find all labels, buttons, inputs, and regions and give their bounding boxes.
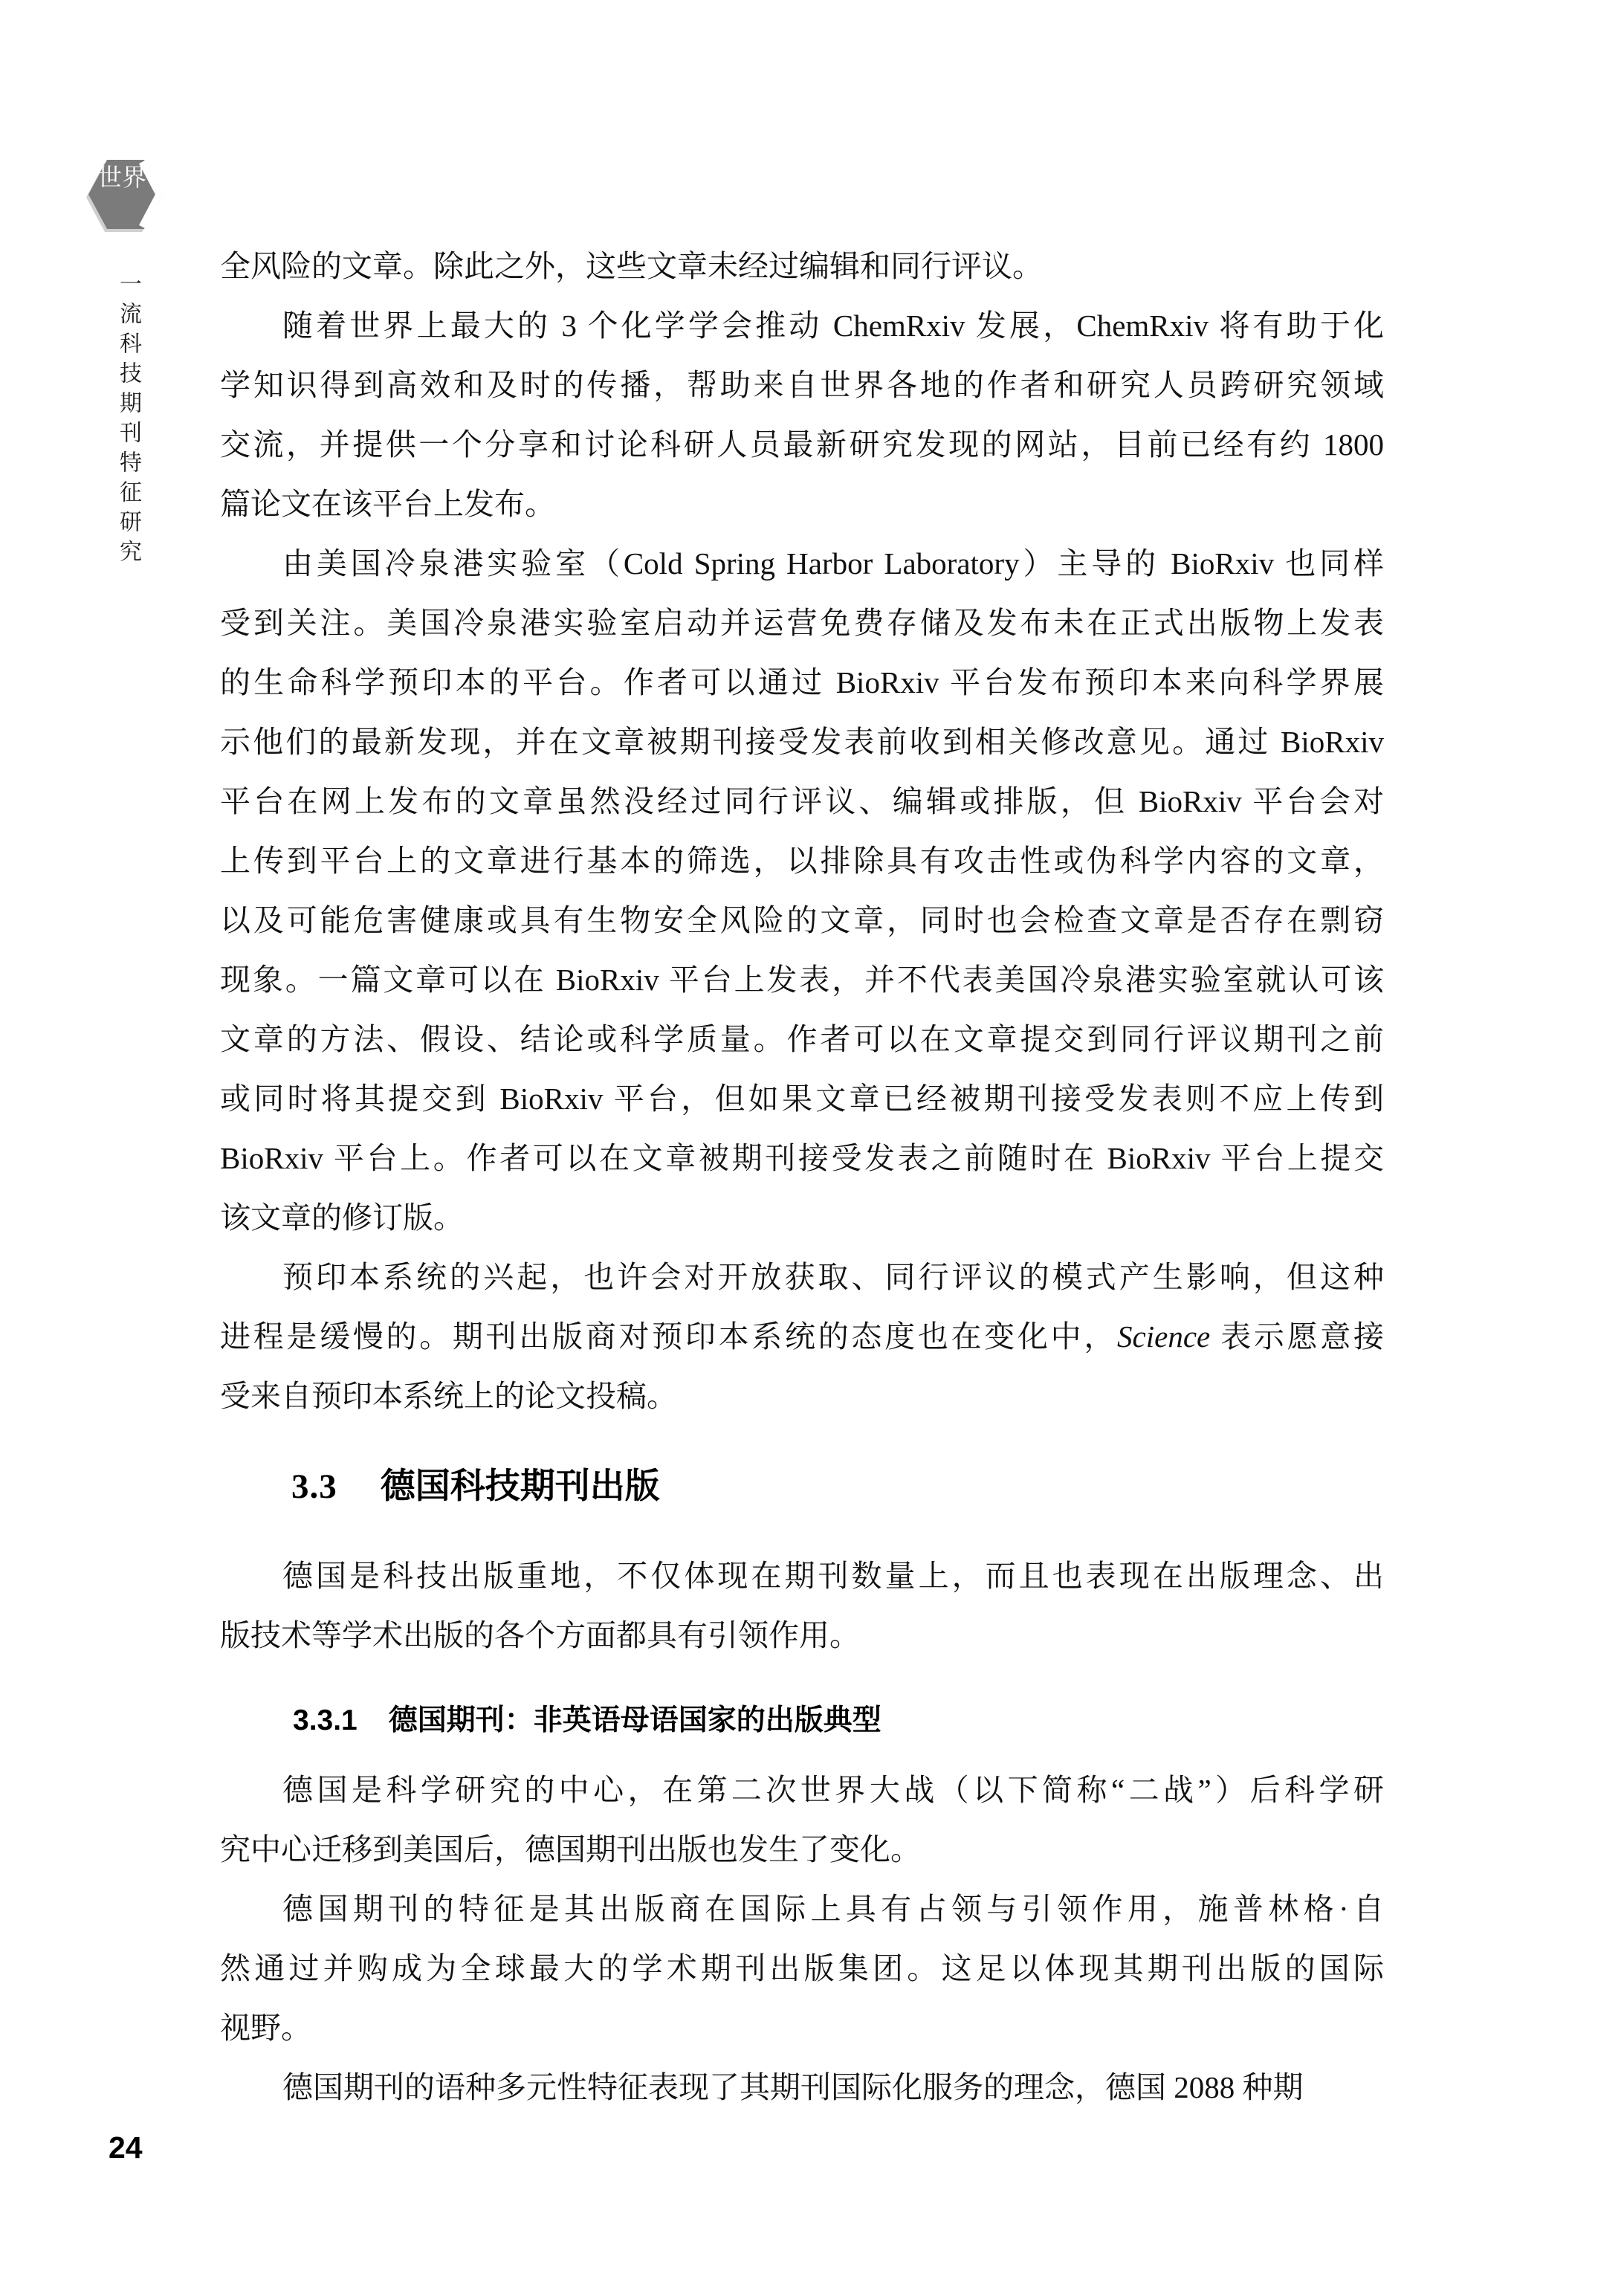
section-intro-paragraphs: 德国是科技出版重地，不仅体现在期刊数量上，而且也表现在出版理念、出版技术等学术出… — [220, 1546, 1384, 1665]
text-segment: 德国期刊的特征是其出版商在国际上具有占领与引领作用，施普林格·自 — [282, 1892, 1384, 1926]
text-line: 交流，并提供一个分享和讨论科研人员最新研究发现的网站，目前已经有约 1800 — [220, 415, 1384, 474]
page-number: 24 — [109, 2130, 143, 2165]
text-line: 究中心迁移到美国后，德国期刊出版也发生了变化。 — [220, 1820, 1384, 1879]
text-line: 平台在网上发布的文章虽然没经过同行评议、编辑或排版，但 BioRxiv 平台会对 — [220, 772, 1384, 831]
text-segment: 上传到平台上的文章进行基本的筛选，以排除具有攻击性或伪科学内容的文章， — [220, 844, 1384, 878]
text-segment: 德国是科技出版重地，不仅体现在期刊数量上，而且也表现在出版理念、出 — [282, 1559, 1384, 1593]
text-line: 然通过并购成为全球最大的学术期刊出版集团。这足以体现其期刊出版的国际 — [220, 1939, 1384, 1998]
paragraph: 德国是科学研究的中心，在第二次世界大战（以下简称“二战”）后科学研究中心迁移到美… — [220, 1760, 1384, 1879]
text-line: 篇论文在该平台上发布。 — [220, 474, 1384, 534]
text-segment: 交流，并提供一个分享和讨论科研人员最新研究发现的网站，目前已经有约 1800 — [220, 427, 1384, 462]
text-segment: 表示愿意接 — [1210, 1319, 1384, 1354]
text-line: 的生命科学预印本的平台。作者可以通过 BioRxiv 平台发布预印本来向科学界展 — [220, 653, 1384, 712]
text-segment: 受到关注。美国冷泉港实验室启动并运营免费存储及发布未在正式出版物上发表 — [220, 606, 1384, 640]
book-side-title: 一流科技期刊特征研究 — [111, 272, 144, 599]
section-heading: 3.3德国科技期刊出版 — [220, 1454, 1384, 1519]
text-line: 德国期刊的特征是其出版商在国际上具有占领与引领作用，施普林格·自 — [220, 1879, 1384, 1939]
text-segment: 现象。一篇文章可以在 BioRxiv 平台上发表，并不代表美国冷泉港实验室就认可… — [220, 963, 1384, 997]
text-line: 版技术等学术出版的各个方面都具有引领作用。 — [220, 1606, 1384, 1665]
text-segment: 德国期刊的语种多元性特征表现了其期刊国际化服务的理念，德国 2088 种期 — [282, 2070, 1304, 2104]
paragraph: 德国期刊的语种多元性特征表现了其期刊国际化服务的理念，德国 2088 种期 — [220, 2058, 1384, 2117]
section-number: 3.3 — [291, 1467, 337, 1506]
paragraph: 全风险的文章。除此之外，这些文章未经过编辑和同行评议。 — [220, 236, 1384, 296]
book-page: 世界 一流科技期刊特征研究 全风险的文章。除此之外，这些文章未经过编辑和同行评议… — [0, 0, 1624, 2282]
text-segment: 由美国冷泉港实验室（Cold Spring Harbor Laboratory）… — [282, 546, 1384, 581]
text-line: 德国是科学研究的中心，在第二次世界大战（以下简称“二战”）后科学研 — [220, 1760, 1384, 1820]
text-segment: 预印本系统的兴起，也许会对开放获取、同行评议的模式产生影响，但这种 — [282, 1260, 1384, 1294]
text-segment: 该文章的修订版。 — [220, 1200, 464, 1235]
text-line: 德国期刊的语种多元性特征表现了其期刊国际化服务的理念，德国 2088 种期 — [220, 2058, 1384, 2117]
text-line: 进程是缓慢的。期刊出版商对预印本系统的态度也在变化中，Science 表示愿意接 — [220, 1307, 1384, 1366]
text-line: 德国是科技出版重地，不仅体现在期刊数量上，而且也表现在出版理念、出 — [220, 1546, 1384, 1606]
text-segment: 视野。 — [220, 2011, 311, 2045]
text-line: 全风险的文章。除此之外，这些文章未经过编辑和同行评议。 — [220, 236, 1384, 296]
text-segment: 受来自预印本系统上的论文投稿。 — [220, 1379, 677, 1413]
text-segment: 全风险的文章。除此之外，这些文章未经过编辑和同行评议。 — [220, 249, 1043, 283]
text-segment: 的生命科学预印本的平台。作者可以通过 BioRxiv 平台发布预印本来向科学界展 — [220, 665, 1384, 699]
text-line: 视野。 — [220, 1998, 1384, 2058]
italic-text: Science — [1117, 1319, 1210, 1354]
text-segment: 学知识得到高效和及时的传播，帮助来自世界各地的作者和研究人员跨研究领域 — [220, 368, 1384, 402]
subsection-title: 德国期刊：非英语母语国家的出版典型 — [389, 1704, 881, 1736]
text-line: 由美国冷泉港实验室（Cold Spring Harbor Laboratory）… — [220, 534, 1384, 593]
text-segment: 然通过并购成为全球最大的学术期刊出版集团。这足以体现其期刊出版的国际 — [220, 1951, 1384, 1985]
chapter-badge: 世界 — [86, 158, 165, 231]
text-segment: 篇论文在该平台上发布。 — [220, 487, 555, 521]
section-title: 德国科技期刊出版 — [381, 1467, 660, 1506]
text-line: 现象。一篇文章可以在 BioRxiv 平台上发表，并不代表美国冷泉港实验室就认可… — [220, 950, 1384, 1009]
text-line: 预印本系统的兴起，也许会对开放获取、同行评议的模式产生影响，但这种 — [220, 1247, 1384, 1307]
text-segment: BioRxiv 平台上。作者可以在文章被期刊接受发表之前随时在 BioRxiv … — [220, 1141, 1384, 1175]
subsection-number: 3.3.1 — [293, 1704, 358, 1736]
text-segment: 进程是缓慢的。期刊出版商对预印本系统的态度也在变化中， — [220, 1319, 1117, 1354]
paragraph: 德国期刊的特征是其出版商在国际上具有占领与引领作用，施普林格·自然通过并购成为全… — [220, 1879, 1384, 2058]
subsection-paragraphs: 德国是科学研究的中心，在第二次世界大战（以下简称“二战”）后科学研究中心迁移到美… — [220, 1760, 1384, 2117]
text-line: 随着世界上最大的 3 个化学学会推动 ChemRxiv 发展，ChemRxiv … — [220, 296, 1384, 355]
text-segment: 文章的方法、假设、结论或科学质量。作者可以在文章提交到同行评议期刊之前 — [220, 1022, 1384, 1056]
text-segment: 示他们的最新发现，并在文章被期刊接受发表前收到相关修改意见。通过 BioRxiv — [220, 725, 1384, 759]
text-line: 上传到平台上的文章进行基本的筛选，以排除具有攻击性或伪科学内容的文章， — [220, 831, 1384, 891]
text-line: 受到关注。美国冷泉港实验室启动并运营免费存储及发布未在正式出版物上发表 — [220, 593, 1384, 653]
text-segment: 以及可能危害健康或具有生物安全风险的文章，同时也会检查文章是否存在剽窃 — [220, 903, 1384, 937]
text-line: BioRxiv 平台上。作者可以在文章被期刊接受发表之前随时在 BioRxiv … — [220, 1128, 1384, 1188]
text-segment: 德国是科学研究的中心，在第二次世界大战（以下简称“二战”）后科学研 — [282, 1773, 1384, 1807]
paragraph: 由美国冷泉港实验室（Cold Spring Harbor Laboratory）… — [220, 534, 1384, 1247]
text-line: 或同时将其提交到 BioRxiv 平台，但如果文章已经被期刊接受发表则不应上传到 — [220, 1069, 1384, 1128]
subsection-heading: 3.3.1德国期刊：非英语母语国家的出版典型 — [220, 1697, 1384, 1745]
paragraph: 预印本系统的兴起，也许会对开放获取、同行评议的模式产生影响，但这种进程是缓慢的。… — [220, 1247, 1384, 1426]
text-line: 学知识得到高效和及时的传播，帮助来自世界各地的作者和研究人员跨研究领域 — [220, 355, 1384, 415]
text-line: 文章的方法、假设、结论或科学质量。作者可以在文章提交到同行评议期刊之前 — [220, 1009, 1384, 1069]
text-segment: 平台在网上发布的文章虽然没经过同行评议、编辑或排版，但 BioRxiv 平台会对 — [220, 784, 1384, 818]
chapter-badge-text: 世界 — [97, 164, 146, 193]
text-segment: 或同时将其提交到 BioRxiv 平台，但如果文章已经被期刊接受发表则不应上传到 — [220, 1082, 1384, 1116]
text-line: 示他们的最新发现，并在文章被期刊接受发表前收到相关修改意见。通过 BioRxiv — [220, 712, 1384, 772]
text-line: 以及可能危害健康或具有生物安全风险的文章，同时也会检查文章是否存在剽窃 — [220, 891, 1384, 950]
text-line: 受来自预印本系统上的论文投稿。 — [220, 1366, 1384, 1426]
text-segment: 究中心迁移到美国后，德国期刊出版也发生了变化。 — [220, 1832, 921, 1866]
paragraph: 德国是科技出版重地，不仅体现在期刊数量上，而且也表现在出版理念、出版技术等学术出… — [220, 1546, 1384, 1665]
text-segment: 版技术等学术出版的各个方面都具有引领作用。 — [220, 1618, 860, 1652]
body-paragraphs: 全风险的文章。除此之外，这些文章未经过编辑和同行评议。随着世界上最大的 3 个化… — [220, 236, 1384, 1426]
text-segment: 随着世界上最大的 3 个化学学会推动 ChemRxiv 发展，ChemRxiv … — [282, 308, 1384, 343]
paragraph: 随着世界上最大的 3 个化学学会推动 ChemRxiv 发展，ChemRxiv … — [220, 296, 1384, 534]
text-line: 该文章的修订版。 — [220, 1188, 1384, 1247]
